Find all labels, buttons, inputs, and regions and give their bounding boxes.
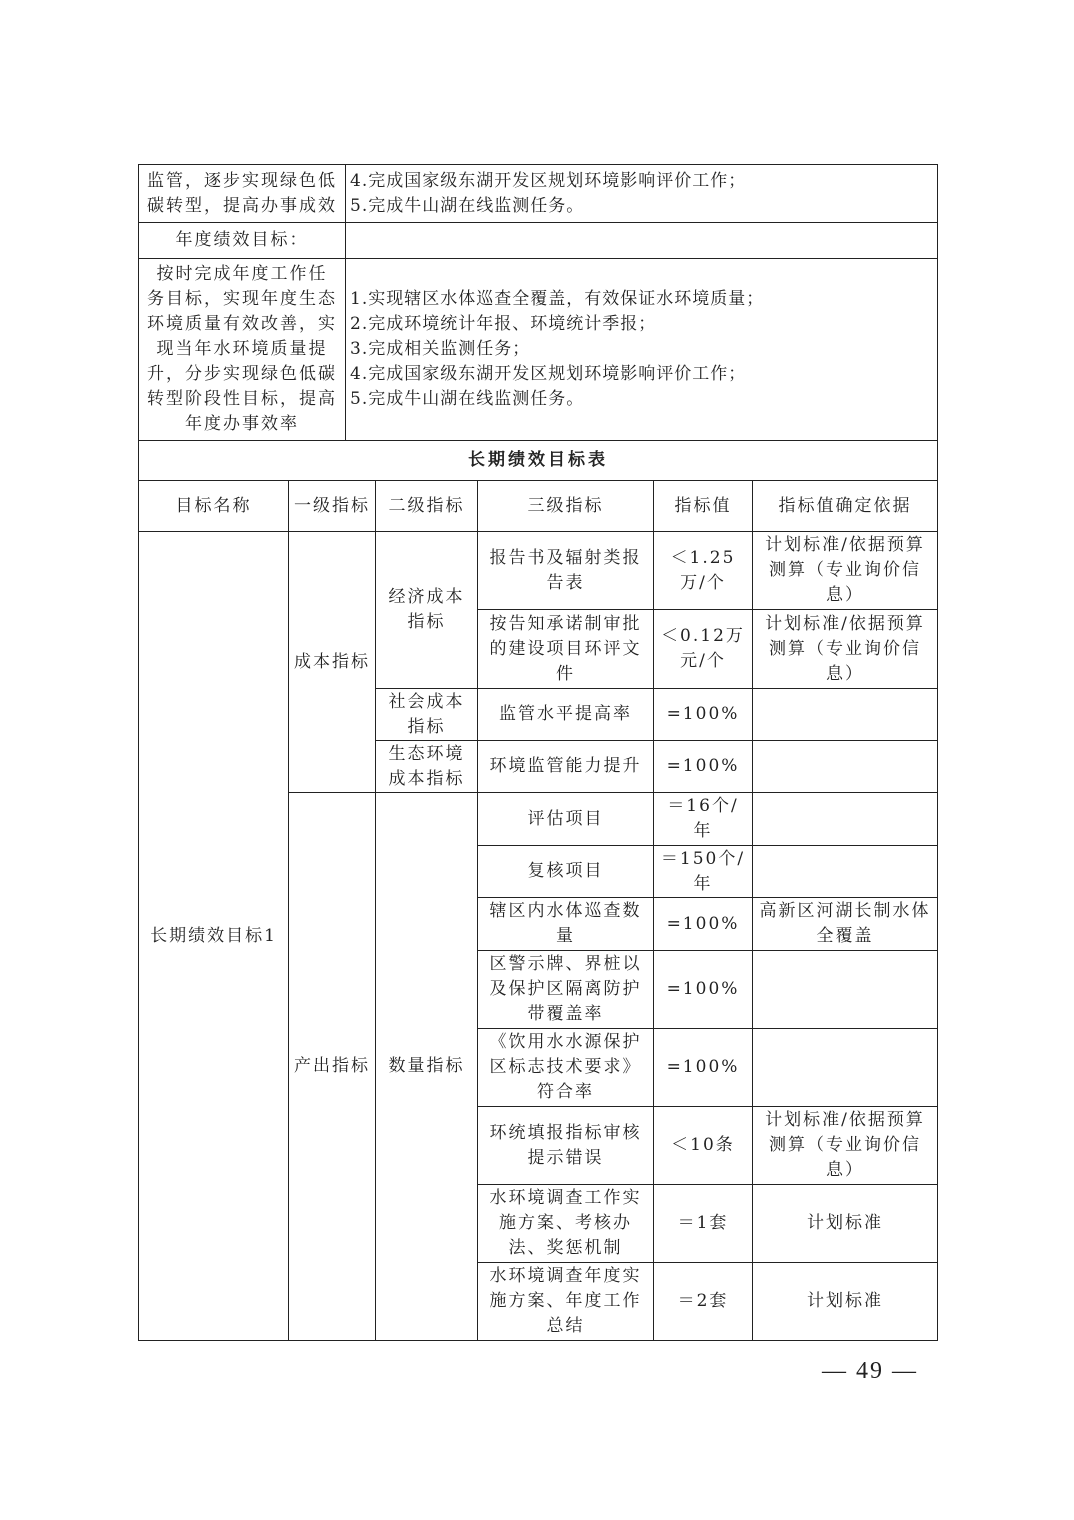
value-cell: =100% bbox=[654, 689, 753, 741]
goal-row-continued: 监管，逐步实现绿色低 碳转型，提高办事成效 4.完成国家级东湖开发区规划环境影响… bbox=[139, 165, 938, 223]
basis-cell: 计划标准 bbox=[753, 1263, 938, 1341]
level3-cell: 报告书及辐射类报告表 bbox=[478, 532, 654, 610]
level3-cell: 复核项目 bbox=[478, 846, 654, 898]
level3-cell: 评估项目 bbox=[478, 793, 654, 846]
basis-cell: 计划标准 bbox=[753, 1185, 938, 1263]
annual-goal-label-empty bbox=[346, 223, 938, 259]
level2-eco-cost: 生态环境成本指标 bbox=[376, 741, 478, 793]
value-cell: ＝150个/年 bbox=[654, 846, 753, 898]
level3-cell: 按告知承诺制审批的建设项目环评文件 bbox=[478, 610, 654, 689]
value-cell: ＜0.12万元/个 bbox=[654, 610, 753, 689]
annual-goal-table: 监管，逐步实现绿色低 碳转型，提高办事成效 4.完成国家级东湖开发区规划环境影响… bbox=[138, 164, 938, 441]
basis-cell: 计划标准/依据预算测算（专业询价信息） bbox=[753, 1107, 938, 1185]
level3-cell: 水环境调查年度实施方案、年度工作总结 bbox=[478, 1263, 654, 1341]
annual-goal-label: 年度绩效目标： bbox=[139, 223, 346, 259]
value-cell: ＜10条 bbox=[654, 1107, 753, 1185]
value-cell: =100% bbox=[654, 951, 753, 1029]
table-title: 长期绩效目标表 bbox=[139, 441, 938, 481]
value-cell: =100% bbox=[654, 1029, 753, 1107]
goal-text-continued: 监管，逐步实现绿色低 碳转型，提高办事成效 bbox=[139, 165, 346, 223]
value-cell: ＝16个/年 bbox=[654, 793, 753, 846]
value-cell: ＝1套 bbox=[654, 1185, 753, 1263]
table-title-row: 长期绩效目标表 bbox=[139, 441, 938, 481]
level3-cell: 水环境调查工作实施方案、考核办法、奖惩机制 bbox=[478, 1185, 654, 1263]
value-cell: =100% bbox=[654, 898, 753, 951]
level3-cell: 《饮用水水源保护区标志技术要求》符合率 bbox=[478, 1029, 654, 1107]
level3-cell: 辖区内水体巡查数量 bbox=[478, 898, 654, 951]
level2-social-cost: 社会成本指标 bbox=[376, 689, 478, 741]
level3-cell: 区警示牌、界桩以及保护区隔离防护带覆盖率 bbox=[478, 951, 654, 1029]
value-cell: =100% bbox=[654, 741, 753, 793]
page-number: — 49 — bbox=[822, 1358, 918, 1385]
basis-cell: 高新区河湖长制水体全覆盖 bbox=[753, 898, 938, 951]
basis-cell bbox=[753, 689, 938, 741]
level3-cell: 环统填报指标审核提示错误 bbox=[478, 1107, 654, 1185]
basis-cell bbox=[753, 741, 938, 793]
basis-cell bbox=[753, 793, 938, 846]
level1-output: 产出指标 bbox=[289, 793, 376, 1341]
header-level3: 三级指标 bbox=[478, 481, 654, 532]
basis-cell: 计划标准/依据预算测算（专业询价信息） bbox=[753, 532, 938, 610]
level2-quantity: 数量指标 bbox=[376, 793, 478, 1341]
level3-cell: 环境监管能力提升 bbox=[478, 741, 654, 793]
basis-cell bbox=[753, 951, 938, 1029]
table-header-row: 目标名称 一级指标 二级指标 三级指标 指标值 指标值确定依据 bbox=[139, 481, 938, 532]
header-basis: 指标值确定依据 bbox=[753, 481, 938, 532]
table-row: 长期绩效目标1 成本指标 经济成本指标 报告书及辐射类报告表 ＜1.25万/个 … bbox=[139, 532, 938, 610]
long-term-goal-table: 长期绩效目标表 目标名称 一级指标 二级指标 三级指标 指标值 指标值确定依据 … bbox=[138, 440, 938, 1341]
basis-cell: 计划标准/依据预算测算（专业询价信息） bbox=[753, 610, 938, 689]
header-level2: 二级指标 bbox=[376, 481, 478, 532]
header-goal-name: 目标名称 bbox=[139, 481, 289, 532]
level2-economic-cost: 经济成本指标 bbox=[376, 532, 478, 689]
basis-cell bbox=[753, 846, 938, 898]
level1-cost: 成本指标 bbox=[289, 532, 376, 793]
header-value: 指标值 bbox=[654, 481, 753, 532]
value-cell: ＝2套 bbox=[654, 1263, 753, 1341]
annual-goal-summary: 按时完成年度工作任 务目标，实现年度生态 环境质量有效改善，实 现当年水环境质量… bbox=[139, 259, 346, 441]
annual-goal-label-row: 年度绩效目标： bbox=[139, 223, 938, 259]
header-level1: 一级指标 bbox=[289, 481, 376, 532]
goal-name-cell: 长期绩效目标1 bbox=[139, 532, 289, 1341]
annual-goal-items: 1.实现辖区水体巡查全覆盖，有效保证水环境质量； 2.完成环境统计年报、环境统计… bbox=[346, 259, 938, 441]
basis-cell bbox=[753, 1029, 938, 1107]
annual-goal-row: 按时完成年度工作任 务目标，实现年度生态 环境质量有效改善，实 现当年水环境质量… bbox=[139, 259, 938, 441]
level3-cell: 监管水平提高率 bbox=[478, 689, 654, 741]
value-cell: ＜1.25万/个 bbox=[654, 532, 753, 610]
goal-items-continued: 4.完成国家级东湖开发区规划环境影响评价工作； 5.完成牛山湖在线监测任务。 bbox=[346, 165, 938, 223]
